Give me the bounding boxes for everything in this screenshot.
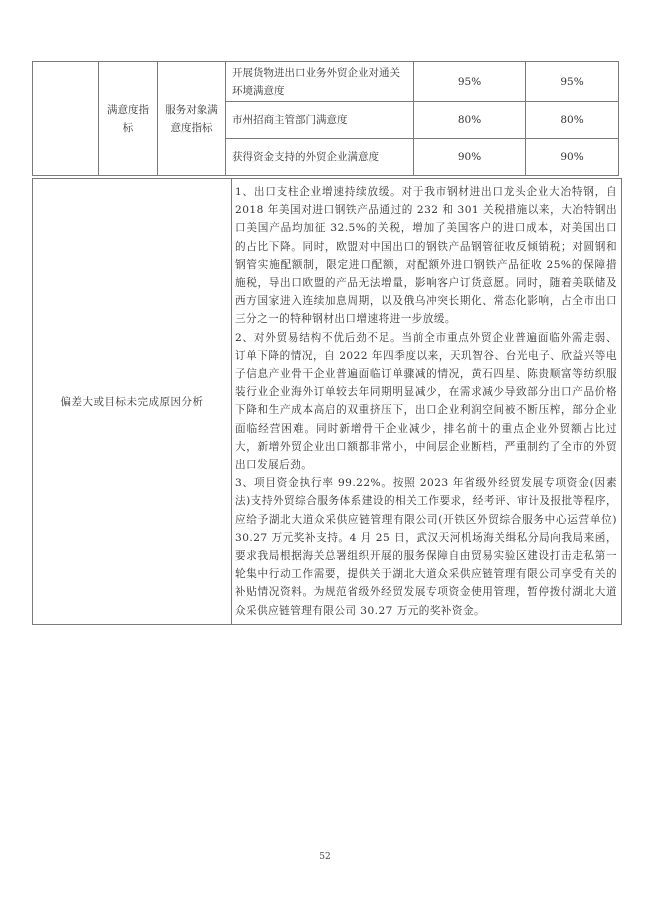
table-row: 满意度指标 服务对象满意度指标 开展货物进出口业务外贸企业对通关环境满意度 95… (33, 62, 619, 102)
analysis-paragraph-1: 1、出口支柱企业增速持续放缓。对于我市钢材进出口龙头企业大冶特钢，自 2018 … (235, 183, 617, 329)
level1-indicator-cell (33, 62, 99, 176)
deviation-analysis-content: 1、出口支柱企业增速持续放缓。对于我市钢材进出口龙头企业大冶特钢，自 2018 … (232, 179, 622, 625)
actual-value-cell: 95% (526, 62, 619, 102)
indicator-name-cell: 市州招商主管部门满意度 (226, 102, 414, 139)
actual-value-cell: 80% (526, 102, 619, 139)
analysis-paragraph-2: 2、对外贸易结构不优后劲不足。当前全市重点外贸企业普遍面临外需走弱、订单下降的情… (235, 329, 617, 475)
page-number: 52 (0, 852, 650, 862)
deviation-analysis-label: 偏差大或目标未完成原因分析 (33, 179, 232, 625)
indicator-name-cell: 获得资金支持的外贸企业满意度 (226, 139, 414, 176)
level2-indicator-cell: 满意度指标 (99, 62, 158, 176)
satisfaction-indicator-table: 满意度指标 服务对象满意度指标 开展货物进出口业务外贸企业对通关环境满意度 95… (32, 61, 619, 176)
deviation-analysis-table: 偏差大或目标未完成原因分析 1、出口支柱企业增速持续放缓。对于我市钢材进出口龙头… (32, 178, 622, 625)
target-value-cell: 95% (414, 62, 526, 102)
actual-value-cell: 90% (526, 139, 619, 176)
level3-indicator-cell: 服务对象满意度指标 (158, 62, 226, 176)
target-value-cell: 90% (414, 139, 526, 176)
document-page: 满意度指标 服务对象满意度指标 开展货物进出口业务外贸企业对通关环境满意度 95… (0, 0, 650, 920)
target-value-cell: 80% (414, 102, 526, 139)
table-row: 偏差大或目标未完成原因分析 1、出口支柱企业增速持续放缓。对于我市钢材进出口龙头… (33, 179, 622, 625)
indicator-name-cell: 开展货物进出口业务外贸企业对通关环境满意度 (226, 62, 414, 102)
analysis-paragraph-3: 3、项目资金执行率 99.22%。按照 2023 年省级外经贸发展专项资金(因素… (235, 474, 617, 620)
